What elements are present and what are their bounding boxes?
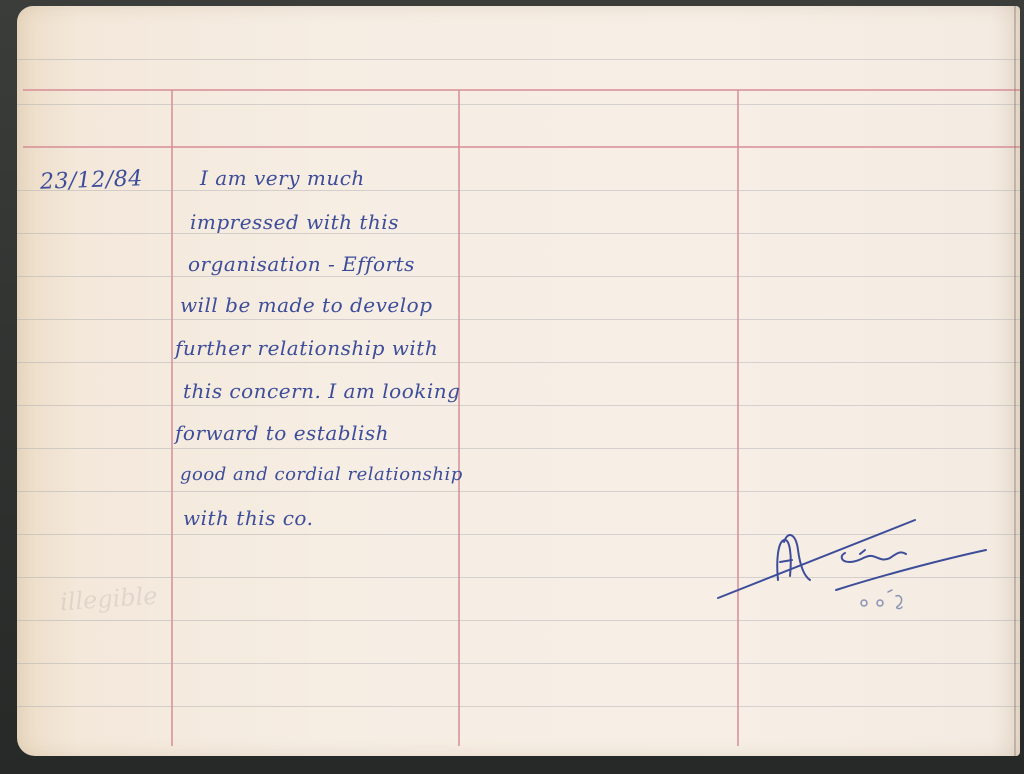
column-rule-signature [737, 90, 739, 746]
ruled-line [17, 190, 1020, 191]
entry-date: 23/12/84 [40, 166, 144, 195]
remark-line-8: good and cordial relationship [180, 464, 463, 485]
ruled-line [17, 706, 1020, 707]
remark-line-7: forward to establish [175, 421, 389, 445]
ruled-line [17, 233, 1020, 234]
remark-line-3: organisation - Efforts [188, 252, 415, 276]
ruled-line [17, 491, 1020, 492]
ruled-line [17, 362, 1020, 363]
ruled-line [17, 663, 1020, 664]
ruled-line [17, 59, 1020, 60]
ledger-page [17, 6, 1020, 756]
ruled-line [17, 276, 1020, 277]
remark-line-5: further relationship with [175, 336, 438, 360]
ruled-line [17, 620, 1020, 621]
column-rule-remarks [458, 90, 460, 746]
remark-line-9: with this co. [183, 506, 313, 530]
remark-line-6: this concern. I am looking [183, 379, 460, 403]
remark-line-2: impressed with this [190, 210, 399, 234]
page-edge [1014, 6, 1016, 756]
column-rule-date [171, 90, 173, 746]
remark-line-1: I am very much [200, 166, 365, 190]
remark-line-4: will be made to develop [180, 293, 433, 317]
signature: A. Sna o.e.g. [700, 510, 1000, 620]
ruled-line [17, 319, 1020, 320]
ruled-line [17, 448, 1020, 449]
signature-stroke-icon [700, 510, 1000, 620]
ruled-line [17, 104, 1020, 105]
ruled-line [17, 405, 1020, 406]
